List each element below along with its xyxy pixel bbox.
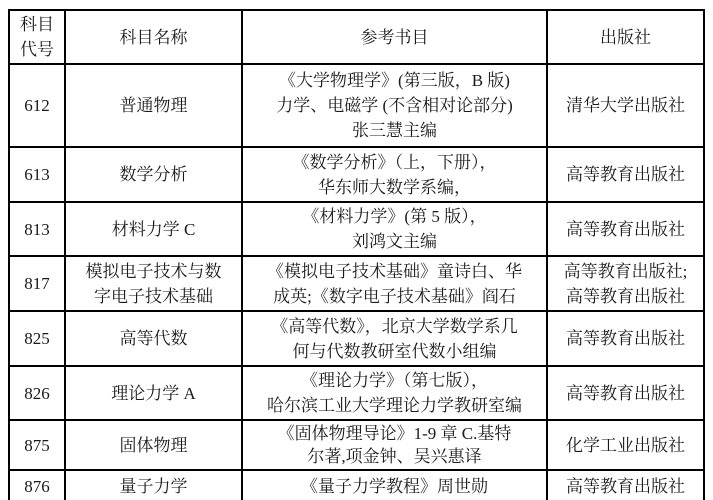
books-cell: 《模拟电子技术基础》童诗白、华 成英;《数字电子技术基础》阎石 xyxy=(242,256,547,311)
subject-name-cell: 普通物理 xyxy=(65,64,242,147)
subject-code-cell: 613 xyxy=(9,147,65,202)
table-row: 817 模拟电子技术与数 字电子技术基础 《模拟电子技术基础》童诗白、华 成英;… xyxy=(9,256,704,311)
books-cell: 《固体物理导论》1-9 章 C.基特 尔著,项金钟、吴兴惠译 xyxy=(242,420,547,470)
table-row: 825 高等代数 《高等代数》，北京大学数学系几 何与代数教研室代数小组编 高等… xyxy=(9,311,704,366)
subject-code-cell: 876 xyxy=(9,470,65,500)
subject-name-cell: 数学分析 xyxy=(65,147,242,202)
subject-name-cell: 固体物理 xyxy=(65,420,242,470)
publisher-cell: 高等教育出版社 xyxy=(547,311,704,366)
publisher-cell: 清华大学出版社 xyxy=(547,64,704,147)
publisher-cell: 高等教育出版社 xyxy=(547,202,704,256)
publisher-cell: 高等教育出版社 xyxy=(547,147,704,202)
subject-name-cell: 材料力学 C xyxy=(65,202,242,256)
table-row: 813 材料力学 C 《材料力学》(第 5 版）， 刘鸿文主编 高等教育出版社 xyxy=(9,202,704,256)
subject-code-cell: 817 xyxy=(9,256,65,311)
header-subject-name: 科目名称 xyxy=(65,10,242,64)
header-publisher: 出版社 xyxy=(547,10,704,64)
table-header-row: 科目 代号 科目名称 参考书目 出版社 xyxy=(9,10,704,64)
books-cell: 《数学分析》（上，下册）， 华东师大数学系编， xyxy=(242,147,547,202)
table-row: 826 理论力学 A 《理论力学》（第七版）， 哈尔滨工业大学理论力学教研室编 … xyxy=(9,366,704,420)
books-cell: 《高等代数》，北京大学数学系几 何与代数教研室代数小组编 xyxy=(242,311,547,366)
books-cell: 《材料力学》(第 5 版）， 刘鸿文主编 xyxy=(242,202,547,256)
publisher-cell: 高等教育出版社 xyxy=(547,470,704,500)
table-row: 612 普通物理 《大学物理学》(第三版，B 版) 力学、电磁学 (不含相对论部… xyxy=(9,64,704,147)
books-cell: 《大学物理学》(第三版，B 版) 力学、电磁学 (不含相对论部分) 张三慧主编 xyxy=(242,64,547,147)
table-row: 613 数学分析 《数学分析》（上，下册）， 华东师大数学系编， 高等教育出版社 xyxy=(9,147,704,202)
publisher-cell: 高等教育出版社; 高等教育出版社 xyxy=(547,256,704,311)
subject-name-cell: 理论力学 A xyxy=(65,366,242,420)
header-subject-code: 科目 代号 xyxy=(9,10,65,64)
subject-name-cell: 高等代数 xyxy=(65,311,242,366)
subject-name-cell: 模拟电子技术与数 字电子技术基础 xyxy=(65,256,242,311)
table-row: 875 固体物理 《固体物理导论》1-9 章 C.基特 尔著,项金钟、吴兴惠译 … xyxy=(9,420,704,470)
subject-code-cell: 612 xyxy=(9,64,65,147)
header-reference-books: 参考书目 xyxy=(242,10,547,64)
subject-code-cell: 875 xyxy=(9,420,65,470)
reference-books-table: 科目 代号 科目名称 参考书目 出版社 612 普通物理 《大学物理学》(第三版… xyxy=(8,9,705,500)
publisher-cell: 化学工业出版社 xyxy=(547,420,704,470)
subject-code-cell: 813 xyxy=(9,202,65,256)
books-cell: 《量子力学教程》周世勋 xyxy=(242,470,547,500)
publisher-cell: 高等教育出版社 xyxy=(547,366,704,420)
subject-name-cell: 量子力学 xyxy=(65,470,242,500)
books-cell: 《理论力学》（第七版）， 哈尔滨工业大学理论力学教研室编 xyxy=(242,366,547,420)
subject-code-cell: 825 xyxy=(9,311,65,366)
table-row: 876 量子力学 《量子力学教程》周世勋 高等教育出版社 xyxy=(9,470,704,500)
subject-code-cell: 826 xyxy=(9,366,65,420)
